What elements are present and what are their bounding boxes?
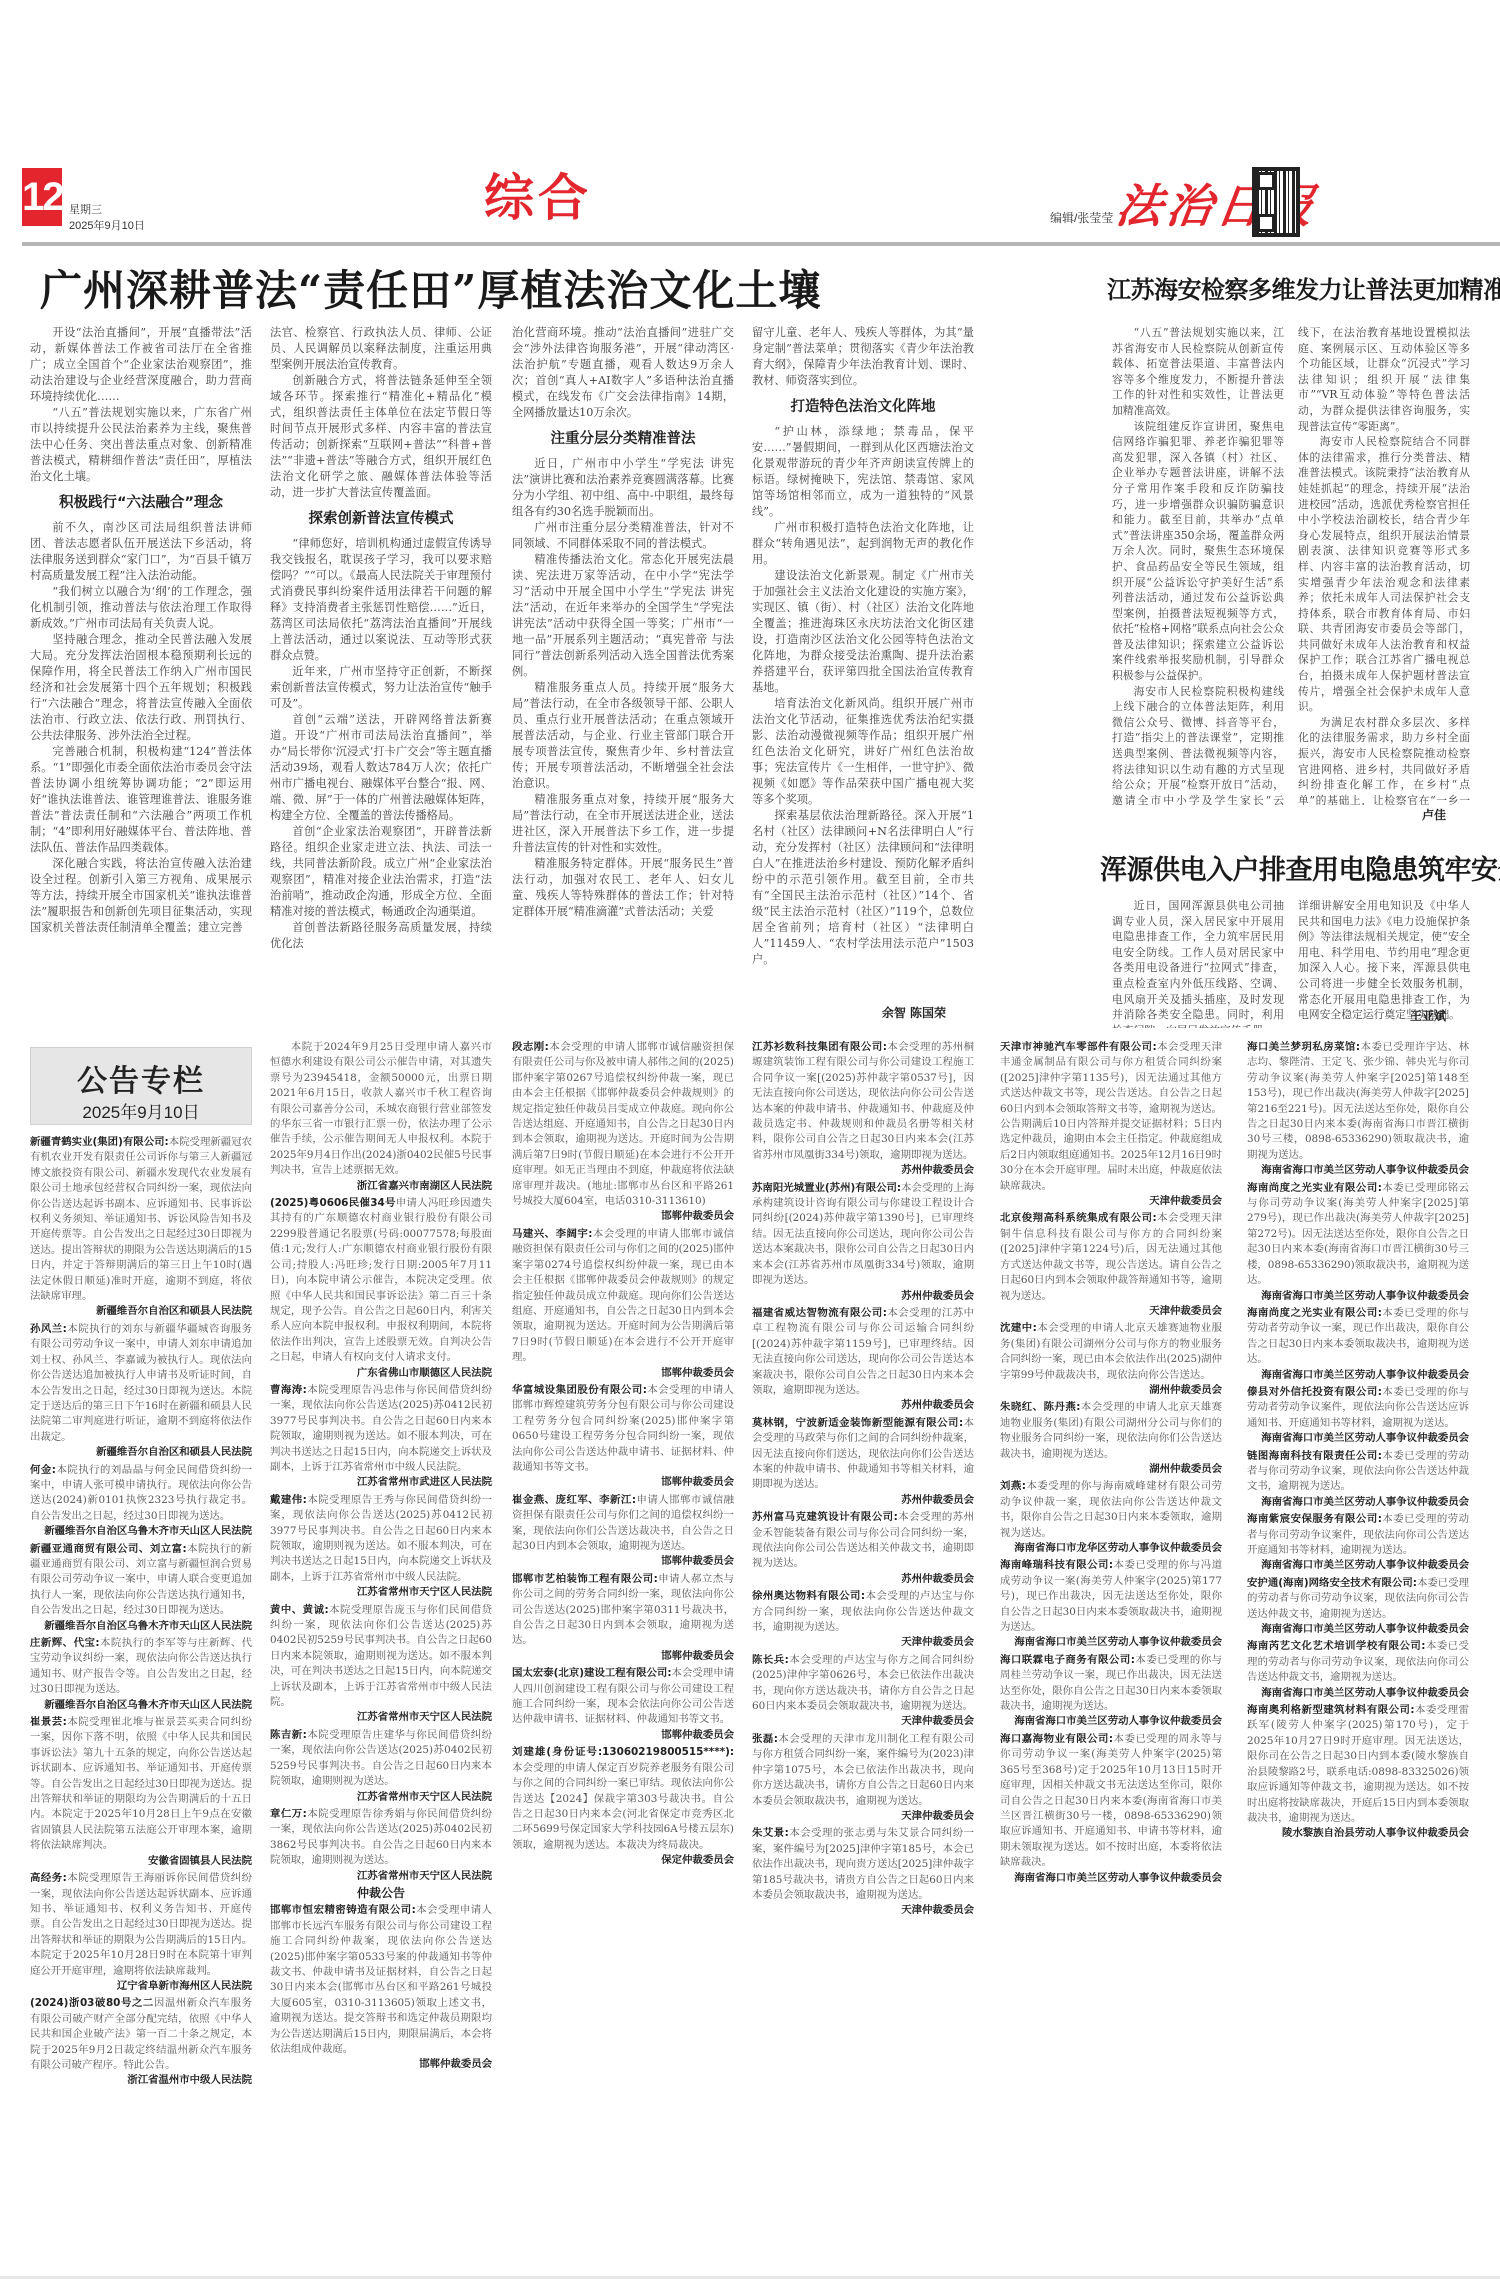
notice-item: 戴建伟:本院受理原告王秀与你民间借贷纠纷一案，现依法向你公告送达(2025)苏0… [270,1493,492,1601]
notice-item: 北京俊翔高科系统集成有限公司:本会受理天津铜牛信息科技有限公司与你方的合同纠纷案… [1000,1211,1222,1319]
notice-body: 本院受理原告王秀与你民间借贷纠纷一案，现依法向你公告送达(2025)苏0412民… [270,1494,492,1583]
notice-issuer: 邯郸仲裁委员会 [270,2057,492,2072]
notice-recipient: 海南奥利格新型建筑材料有限公司: [1247,1704,1415,1716]
article-paragraph: 首创“云端”送法，开辟网络普法新赛道。开设“广州市司法局法治直播间”，举办“局长… [270,712,492,824]
notice-issuer: 江苏省常州市天宁区人民法院 [270,1585,492,1600]
article-paragraph: 治化营商环境。推动“法治直播间”进驻广交会“涉外法律咨询服务港”，开展“律动湾区… [512,325,734,421]
notice-issuer: 江苏省常州市武进区人民法院 [270,1475,492,1490]
notice-issuer: 邯郸仲裁委员会 [512,1649,734,1664]
notice-item: 高经务:本院受理原告王海丽诉你民间借贷纠纷一案，现依法向你公告送达起诉状副本、应… [30,1871,252,1994]
notice-body: 本院受理原告庞玉与你们民间借贷纠纷一案，现依法向你们公告送达(2025)苏040… [270,1604,492,1708]
article-paragraph: 详细讲解安全用电知识及《中华人民共和国电力法》《电力设施保护条例》等法律法规相关… [1298,898,1470,1023]
notice-item: 傣县对外信托投资有限公司:本委已受理的你与劳动者劳动争议案件，现依法向你公告送达… [1247,1385,1469,1447]
notice-issuer: 天津仲裁委员会 [752,1903,974,1918]
notice-issuer: 海南省海口市美兰区劳动人事争议仲裁委员会 [1247,1163,1469,1178]
article-paragraph: 坚持融合理念，推动全民普法融入发展大局。充分发挥法治固根本稳预期利长远的保障作用… [30,632,252,744]
notice-item: 章仁万:本院受理原告徐秀娟与你民间借贷纠纷一案，现依法向你公告送达(2025)苏… [270,1807,492,1884]
notice-item: 海南峰瑞科技有限公司:本委已受理的你与冯道成劳动争议一案(海美劳人仲案字(202… [1000,1558,1222,1650]
article-paragraph: 海安市人民检察院结合不同群体的法律需求，推行分类普法、精准普法模式。该院秉持“法… [1298,434,1470,715]
notice-issuer: 苏州仲裁委员会 [752,1163,974,1178]
notice-item: 黄中、黄诚:本院受理原告庞玉与你们民间借贷纠纷一案，现依法向你们公告送达(202… [270,1603,492,1726]
notice-body: 本委已受理许宇达、林志均、黎陛清、王定飞、张少锦、韩央光与你司劳动争议案(海美劳… [1247,1041,1469,1161]
article-paragraph: 近日，广州市中小学生“学宪法 讲宪法”演讲比赛和法治素养竞赛圆满落幕。比赛分为小… [512,456,734,520]
notice-issuer: 海南省海口市美兰区劳动人事争议仲裁委员会 [1000,1871,1222,1886]
article-paragraph: “八五”普法规划实施以来，广东省广州市以持续提升公民法治素养为主线，聚焦普法中心… [30,405,252,485]
notice-issuer: 广东省佛山市顺德区人民法院 [270,1366,492,1381]
article-paragraph: 近年来，广州市坚持守正创新，不断探索创新普法宣传模式，努力让法治宣传“触手可及”… [270,664,492,712]
notice-issuer: 邯郸仲裁委员会 [512,1475,734,1490]
notice-body: 本会受理的江苏中卓工程物流有限公司与你公司运输合同纠纷[(2024)苏仲裁字第1… [752,1307,974,1396]
article-paragraph: “护山林，添绿地；禁毒品，保平安……”暑假期间，一群到从化区西塘法治文化景观带游… [752,424,974,520]
notice-recipient: 海南芮艺文化艺术培训学校有限公司: [1247,1640,1425,1652]
notice-item: 刘建雄(身份证号:13060219800515****):本会受理的申请人保定百… [512,1745,734,1868]
notice-issuer: 新疆维吾尔自治区和硕县人民法院 [30,1304,252,1319]
notice-item: 新疆青鹤实业(集团)有限公司:本院受理新疆冠农有机农业开发有限责任公司诉你与第三… [30,1135,252,1320]
side-article-2-headline: 浑源供电入户排查用电隐患筑牢安全防线 [1100,848,1500,887]
side-article-2-byline: 王亚斌 [1298,1007,1470,1024]
side-article-1-column-1: “八五”普法规划实施以来，江苏省海安市人民检察院从创新宣传载体、拓宽普法渠道、丰… [1112,325,1284,805]
notice-item: 海南尚度之光实业有限公司:本委已受理邱铭云与你司劳动争议案(海美劳人仲案字[20… [1247,1181,1469,1304]
notice-section-title: 公告专栏 [31,1056,251,1100]
article-paragraph: 精准服务特定群体。开展“服务民生”普法行动，加强对农民工、老年人、妇女儿童、残疾… [512,856,734,920]
notice-issuer: 海南省海口市美兰区劳动人事争议仲裁委员会 [1247,1289,1469,1304]
notice-body: 本会受理的天津市龙川制化工程有限公司与你方租赁合同纠纷一案，案件编号为(2023… [752,1733,974,1807]
notice-item: 崔景芸:本院受理崔北堆与崔景芸买卖合同纠纷一案，因你下落不明，依照《中华人民共和… [30,1715,252,1869]
editor-credit: 编辑/张莹莹 [1050,209,1113,226]
notice-column-2: 本院于2024年9月25日受理申请人嘉兴市恒德水利建设有限公司公示催告申请，对其… [270,1040,492,2270]
notice-recipient: 陈长兵: [752,1654,789,1666]
notice-body: 本会受理申请人邯郸市长远汽车服务有限公司与你公司建设工程施工合同纠纷仲裁案，现依… [270,1904,492,2055]
notice-recipient: 北京俊翔高科系统集成有限公司: [1000,1212,1157,1224]
notice-item: 苏南阳光城置业(苏州)有限公司:本会受理的上海承构建筑设计咨询有限公司与你建设工… [752,1181,974,1304]
side-article-1-headline: 江苏海安检察多维发力让普法更加精准高效 [1107,270,1500,305]
notice-body: 申请人冯旺珍因遗失其持有的广东顺德农村商业银行股份有限公司2299股普通记名股票… [270,1197,492,1363]
notice-item: 海南芮艺文化艺术培训学校有限公司:本委已受理的劳动者与你司劳动争议案，现依法向你… [1247,1639,1469,1701]
article-paragraph: 开设“法治直播间”，开展“直播带法”活动，新媒体普法工作被省司法厅在全省推广；成… [30,325,252,405]
weekday-label: 星期三 [69,201,102,217]
notice-recipient: 张磊: [752,1733,778,1745]
notice-recipient: 马建兴、李阔宇: [512,1228,592,1240]
notice-recipient: 戴建伟: [270,1494,307,1506]
article-paragraph: 创新融合方式，将普法链条延伸至全领域各环节。探索推行“精准化+精品化”模式，组织… [270,373,492,501]
notice-recipient: 海口嘉海物业有限公司: [1000,1733,1113,1745]
notice-recipient: 陈吉新: [270,1729,307,1741]
notice-body: 本会受理的申请人保定百岁院养老服务有限公司与你之间的合同纠纷一案已审结。现依法向… [512,1762,734,1851]
notice-body: 本会受理天津铜牛信息科技有限公司与你方的合同纠纷案([2025]津仲字第1224… [1000,1212,1222,1301]
notice-issuer: 新疆维吾尔自治区乌鲁木齐市天山区人民法院 [30,1619,252,1634]
notice-issuer: 保定仲裁委员会 [512,1853,734,1868]
article-paragraph: 近日，国网浑源县供电公司抽调专业人员，深入居民家中开展用电隐患排查工作，全力筑牢… [1112,898,1284,1028]
notice-issuer: 江苏省常州市天宁区人民法院 [270,1790,492,1805]
notice-body: 本院受理原告王海丽诉你民间借贷纠纷一案，现依法向你公告送达起诉状副本、应诉通知书… [30,1872,252,1976]
notice-column-5: 天津市神驰汽车零部件有限公司:本会受理天津丰通金属制品有限公司与你方租赁合同纠纷… [1000,1040,1222,2270]
notice-recipient: 新疆青鹤实业(集团)有限公司: [30,1136,169,1148]
notice-recipient: 邯郸市艺柏装饰工程有限公司: [512,1573,658,1585]
article-paragraph: 海安市人民检察院积极构建线上线下融合的立体普法矩阵，利用微信公众号、微博、抖音等… [1112,684,1284,805]
notice-recipient: 孙风兰: [30,1323,67,1335]
notice-recipient: 新疆亚通商贸有限公司、刘立富: [30,1543,187,1555]
notice-item: 崔金燕、庞红军、李新江:申请人邯郸市诚信融资担保有限责任公司与你们之间的追偿权纠… [512,1493,734,1570]
notice-item: 庄新辉、代宝:本院执行的李军等与庄新辉、代宝劳动争议纠纷一案，现依法向你公告送达… [30,1636,252,1713]
notice-recipient: 海口联霖电子商务有限公司: [1000,1654,1135,1666]
notice-issuer: 邯郸仲裁委员会 [512,1554,734,1569]
notice-column-3: 段志刚:本会受理的申请人邯郸市诚信融资担保有限责任公司与你及被申请人郝伟之间的(… [512,1040,734,2270]
section-title: 综合 [484,168,592,228]
notice-issuer: 海南省海口市美兰区劳动人事争议仲裁委员会 [1000,1714,1222,1729]
main-article-column-3: 治化营商环境。推动“法治直播间”进驻广交会“涉外法律咨询服务港”，开展“律动湾区… [512,325,734,1025]
notice-issuer: 安徽省固镇县人民法院 [30,1854,252,1869]
notice-recipient: 天津市神驰汽车零部件有限公司: [1000,1041,1157,1053]
qr-code-icon [1252,167,1300,237]
notice-item: 陈长兵:本会受理的卢达宝与你方之间合同纠纷(2025)津仲字第0626号，本会已… [752,1653,974,1730]
article-paragraph: 精准传播法治文化。常态化开展宪法晨读、宪法进万家等活动，在中小学“宪法学习”活动… [512,552,734,680]
notice-issuer: 邯郸仲裁委员会 [512,1209,734,1224]
notice-item: 苏州富马克建筑设计有限公司:本会受理的苏州金禾智能装备有限公司与你公司合同纠纷一… [752,1510,974,1587]
notice-body: 本会受理的申请人邯郸市诚信融资担保有限责任公司与你及被申请人郝伟之间的(2025… [512,1041,734,1207]
article-paragraph: “律师您好，培训机构通过虚假宣传诱导我交钱报名，耽误孩子学习，我可以要求赔偿吗？… [270,536,492,664]
notice-recipient: 黄中、黄诚: [270,1604,329,1616]
notice-body: 本院执行的刘晶晶与何金民间借贷纠纷一案中，申请人张可模申请执行。现依法向你公告送… [30,1464,252,1522]
notice-item: 本院于2024年9月25日受理申请人嘉兴市恒德水利建设有限公司公示催告申请，对其… [270,1040,492,1194]
notice-recipient: 朱艾景: [752,1827,789,1839]
notice-recipient: 江苏衫数科技集团有限公司: [752,1041,887,1053]
masthead-divider [22,242,1500,246]
notice-item: 华富城设集团股份有限公司:本会受理的申请人邯郸市辉煌建筑劳务分包有限公司与你公司… [512,1383,734,1491]
notice-issuer: 苏州仲裁委员会 [752,1398,974,1413]
notice-recipient: 刘燕: [1000,1480,1026,1492]
article-paragraph: 广州市注重分层分类精准普法，针对不同领域、不同群体采取不同的普法模式。 [512,520,734,552]
notice-item: 海口嘉海物业有限公司:本委已受理的周永等与你司劳动争议一案(海美劳人仲案字(20… [1000,1732,1222,1886]
notice-column-4: 江苏衫数科技集团有限公司:本会受理的苏州桐塬建筑装饰工程有限公司与你公司建设工程… [752,1040,974,2270]
notice-recipient: 庄新辉、代宝: [30,1637,100,1649]
notice-item: (2025)粤0606民催34号申请人冯旺珍因遗失其持有的广东顺德农村商业银行股… [270,1196,492,1381]
notice-issuer: 天津仲裁委员会 [1000,1194,1222,1209]
notice-issuer: 陵水黎族自治县劳动人事争议仲裁委员会 [1247,1826,1469,1841]
article-paragraph: 法官、检察官、行政执法人员、律师、公证员、人民调解员以案释法制度，注重运用典型案… [270,325,492,373]
article-paragraph: 为满足农村群众多层次、多样化的法律服务需求，助力乡村全面振兴，海安市人民检察院推… [1298,715,1470,805]
notice-recipient: 邯郸市恒宏精密铸造有限公司: [270,1904,416,1916]
notice-item: 段志刚:本会受理的申请人邯郸市诚信融资担保有限责任公司与你及被申请人郝伟之间的(… [512,1040,734,1225]
notice-recipient: 朱晓红、陈丹燕: [1000,1401,1080,1413]
main-article-column-4: 留守儿童、老年人、残疾人等群体，为其“量身定制”普法菜单；贯彻落实《青少年法治教… [752,325,974,1025]
notice-item: 陈吉新:本院受理原告庄建华与你民间借贷纠纷一案，现依法向你公告送达(2025)苏… [270,1728,492,1805]
article-paragraph: 广州市积极打造特色法治文化阵地，让群众“转角遇见法”，起到润物无声的教化作用。 [752,520,974,568]
main-article-headline: 广州深耕普法“责任田”厚植法治文化土壤 [40,258,821,318]
notice-issuer: 苏州仲裁委员会 [752,1572,974,1587]
notice-issuer: 邯郸仲裁委员会 [512,1728,734,1743]
notice-item: 安护通(海南)网络安全技术有限公司:本委已受理的劳动者与你司劳动争议案，现依法向… [1247,1576,1469,1638]
notice-body: 本院受理原告冯忠伟与你民间借贷纠纷一案，现依法向你公告送达(2025)苏0412… [270,1384,492,1473]
notice-recipient: (2025)粤0606民催34号 [270,1197,396,1209]
notice-recipient: 段志刚: [512,1041,549,1053]
article-paragraph: 该院组建反诈宣讲团，聚焦电信网络诈骗犯罪、养老诈骗犯罪等高发犯罪，深入各镇（村）… [1112,419,1284,684]
main-article-column-2: 法官、检察官、行政执法人员、律师、公证员、人民调解员以案释法制度，注重运用典型案… [270,325,492,1025]
publication-date: 2025年9月10日 [69,217,145,233]
notice-item: 莫林钢，宁波新适金装饰新型能源有限公司:本会受理的马政荣与你们之间的合同纠纷仲裁… [752,1416,974,1508]
notice-recipient: 苏南阳光城置业(苏州)有限公司: [752,1182,901,1194]
article-subheading: 注重分层分类精准普法 [512,429,734,449]
notice-issuer: 海南省海口市美兰区劳动人事争议仲裁委员会 [1247,1495,1469,1510]
notice-item: 福建省威达智物流有限公司:本会受理的江苏中卓工程物流有限公司与你公司运输合同纠纷… [752,1306,974,1414]
newspaper-page: 12 星期三 2025年9月10日 综合 编辑/张莹莹 法治日报 广州深耕普法“… [0,0,1500,2279]
notice-issuer: 天津仲裁委员会 [752,1809,974,1824]
article-paragraph: 精准服务重点对象，持续开展“服务大局”普法行动，在全市开展送法进企业，送法进社区… [512,792,734,856]
notice-issuer: 湖州仲裁委员会 [1000,1462,1222,1477]
article-paragraph: 深化融合实践，将法治宣传融入法治建设全过程。创新引入第三方视角、成果展示等方法，… [30,856,252,936]
notice-recipient: 海南峰瑞科技有限公司: [1000,1559,1113,1571]
notice-recipient: 崔金燕、庞红军、李新江: [512,1494,636,1506]
notice-recipient: 福建省威达智物流有限公司: [752,1307,887,1319]
notice-item: 马建兴、李阔宇:本会受理的申请人邯郸市诚信融资担保有限责任公司与你们之间的(20… [512,1227,734,1381]
notice-item: 曹海涛:本院受理原告冯忠伟与你民间借贷纠纷一案，现依法向你公告送达(2025)苏… [270,1383,492,1491]
notice-issuer: 江苏省常州市天宁区人民法院 [270,1710,492,1725]
notice-issuer: 浙江省嘉兴市南湖区人民法院 [270,1179,492,1194]
notice-recipient: 刘建雄(身份证号:13060219800515****): [512,1746,734,1758]
notice-recipient: 华富城设集团股份有限公司: [512,1384,647,1396]
notice-item: 邯郸市恒宏精密铸造有限公司:本会受理申请人邯郸市长远汽车服务有限公司与你公司建设… [270,1903,492,2072]
notice-body: 本会受理的上海承构建筑设计咨询有限公司与你建设工程设计合同纠纷[(2024)苏仲… [752,1182,974,1286]
notice-item: 海南奥利格新型建筑材料有限公司:本委受理雷跃军(陵劳人仲案字(2025)第170… [1247,1703,1469,1842]
notice-issuer: 海南省海口市美兰区劳动人事争议仲裁委员会 [1247,1686,1469,1701]
notice-item: 徐州奥达物料有限公司:本会受理的卢达宝与你方合同纠纷一案，现依法向你公告送达仲裁… [752,1589,974,1651]
article-paragraph: 线下，在法治教育基地设置模拟法庭、案例展示区、互动体验区等多个功能区域，让群众“… [1298,325,1470,434]
article-paragraph: 建设法治文化新景观。制定《广州市关于加强社会主义法治文化建设的实施方案》，实现区… [752,568,974,696]
page-number-badge: 12 [22,168,62,226]
notice-body: 本院受理新疆冠农有机农业开发有限责任公司诉你与第三人新疆冠博文旅投资有限公司、新… [30,1136,252,1302]
notice-item: 朱晓红、陈丹燕:本会受理的申请人北京天雄赛迪物业服务(集团)有限公司湖州分公司与… [1000,1400,1222,1477]
notice-item: 朱艾景:本会受理的张志勇与朱艾景合同纠纷一案，案件编号为[2025]津仲字第18… [752,1826,974,1918]
notice-issuer: 海南省海口市美兰区劳动人事争议仲裁委员会 [1247,1368,1469,1383]
article-paragraph: 首创“企业家法治观察团”，开辟普法新路径。组织企业家走进立法、执法、司法一线，共… [270,824,492,920]
article-paragraph: 前不久，南沙区司法局组织普法讲师团、普法志愿者队伍开展送法下乡活动，将法律服务送… [30,520,252,584]
article-paragraph: 精准服务重点人员。持续开展“服务大局”普法行动，在全市各级领导干部、公职人员、重… [512,680,734,792]
notice-recipient: 徐州奥达物料有限公司: [752,1590,865,1602]
notice-section-date: 2025年9月10日 [31,1098,251,1123]
notice-body: 本院执行的刘东与新疆华疆城咨询服务有限公司劳动争议一案中，申请人刘东申请追加刘士… [30,1323,252,1443]
article-paragraph: 首创普法新路径服务高质量发展，持续优化法 [270,920,492,952]
notice-recipient: 沈建中: [1000,1322,1037,1334]
main-article-column-1: 开设“法治直播间”，开展“直播带法”活动，新媒体普法工作被省司法厅在全省推广；成… [30,325,252,1025]
notice-item: 天津市神驰汽车零部件有限公司:本会受理天津丰通金属制品有限公司与你方租赁合同纠纷… [1000,1040,1222,1209]
article-paragraph: “八五”普法规划实施以来，江苏省海安市人民检察院从创新宣传载体、拓宽普法渠道、丰… [1112,325,1284,419]
notice-column-1: 新疆青鹤实业(集团)有限公司:本院受理新疆冠农有机农业开发有限责任公司诉你与第三… [30,1135,252,2270]
notice-item: 仲裁公告 [270,1886,492,1901]
notice-body: 本会受理天津丰通金属制品有限公司与你方租赁合同纠纷案([2025]津仲字第113… [1000,1041,1222,1192]
notice-issuer: 江苏省常州市天宁区人民法院 [270,1869,492,1884]
notice-recipient: 莫林钢，宁波新适金装饰新型能源有限公司: [752,1417,963,1429]
notice-item: 刘燕:本委受理的你与海南威峰建材有限公司劳动争议仲裁一案，现依法向你公告送达仲裁… [1000,1479,1222,1556]
notice-body: 本会受理的苏州桐塬建筑装饰工程有限公司与你公司建设工程施工合同争议一案[(202… [752,1041,974,1161]
notice-issuer: 海南省海口市美兰区劳动人事争议仲裁委员会 [1247,1431,1469,1446]
notice-recipient: 海口美兰梦玥私房菜馆: [1247,1041,1360,1053]
notice-item: 链图海南科技有限责任公司:本委已受理的劳动者与你司劳动争议案，现依法向你公告送达… [1247,1449,1469,1511]
notice-item: 江苏衫数科技集团有限公司:本会受理的苏州桐塬建筑装饰工程有限公司与你公司建设工程… [752,1040,974,1179]
notice-body: 本院于2024年9月25日受理申请人嘉兴市恒德水利建设有限公司公示催告申请，对其… [270,1041,492,1176]
notice-recipient: 何金: [30,1464,56,1476]
notice-body: 本委受理的你与海南威峰建材有限公司劳动争议仲裁一案，现依法向你公告送达仲裁文书，… [1000,1480,1222,1538]
notice-issuer: 海南省海口市美兰区劳动人事争议仲裁委员会 [1247,1622,1469,1637]
notice-issuer: 浙江省温州市中级人民法院 [30,2073,252,2088]
notice-item: (2024)浙03破80号之二因温州新众汽车服务有限公司破产财产全部分配完结，依… [30,1996,252,2088]
notice-item: 沈建中:本会受理的申请人北京天雄赛迪物业服务(集团)有限公司湖州分公司与你方的物… [1000,1321,1222,1398]
notice-item: 海南紫宸安保服务有限公司:本委已受理的劳动者与你司劳动争议案件，现依法向你司公告… [1247,1512,1469,1574]
article-paragraph: 完善融合机制，积极构建“124”普法体系。“1”即强化市委全面依法治市委员会守法… [30,744,252,856]
notice-recipient: 链图海南科技有限责任公司: [1247,1450,1382,1462]
article-subheading: 打造特色法治文化阵地 [752,397,974,417]
notice-body: 本会受理的申请人邯郸市诚信融资担保有限责任公司与你们之间的(2025)邯仲案字第… [512,1228,734,1363]
article-subheading: 积极践行“六法融合”理念 [30,493,252,513]
notice-issuer: 天津仲裁委员会 [752,1635,974,1650]
notice-item: 邯郸市艺柏装饰工程有限公司:申请人郝立杰与你公司之间的劳务合同纠纷一案，现依法向… [512,1572,734,1664]
notice-issuer: 辽宁省阜新市海州区人民法院 [30,1979,252,1994]
notice-body: 本委已受理邱铭云与你司劳动争议案(海美劳人仲案字[2025]第279号)，现已作… [1247,1182,1469,1286]
notice-item: 国太宏泰(北京)建设工程有限公司:本会受理申请人四川创润建设工程有限公司与你公司… [512,1666,734,1743]
notice-recipient: 海南紫宸安保服务有限公司: [1247,1513,1382,1525]
notice-recipient: 苏州富马克建筑设计有限公司: [752,1511,898,1523]
masthead: 12 星期三 2025年9月10日 综合 编辑/张莹莹 法治日报 [22,165,1500,245]
notice-body: 本院受理崔北堆与崔景芸买卖合同纠纷一案，因你下落不明，依照《中华人民共和国民事诉… [30,1716,252,1851]
notice-issuer: 新疆维吾尔自治区和硕县人民法院 [30,1445,252,1460]
notice-issuer: 海南省海口市龙华区劳动人事争议仲裁委员会 [1000,1541,1222,1556]
notice-recipient: 安护通(海南)网络安全技术有限公司: [1247,1577,1417,1589]
notice-recipient: 章仁万: [270,1808,307,1820]
article-subheading: 探索创新普法宣传模式 [270,509,492,529]
notice-section-header: 公告专栏 2025年9月10日 [30,1047,252,1125]
article-paragraph: 探索基层依法治理新路径。深入开展“1名村（社区）法律顾问+N名法律明白人”行动，… [752,808,974,968]
notice-item: 海南尚度之光实业有限公司:本委已受理的你与劳动者劳动争议一案，现已作出裁决，限你… [1247,1306,1469,1383]
notice-issuer: 天津仲裁委员会 [752,1714,974,1729]
notice-recipient: 傣县对外信托投资有限公司: [1247,1386,1382,1398]
article-paragraph: “我们树立以融合为‘纲’的工作理念，强化机制引领，推动普法与依法治理工作取得新成… [30,584,252,632]
notice-issuer: 海南省海口市美兰区劳动人事争议仲裁委员会 [1247,1558,1469,1573]
notice-recipient: 海南尚度之光实业有限公司: [1247,1307,1382,1319]
notice-issuer: 苏州仲裁委员会 [752,1289,974,1304]
notice-recipient: (2024)浙03破80号之二 [30,1997,154,2009]
notice-issuer: 海南省海口市美兰区劳动人事争议仲裁委员会 [1000,1635,1222,1650]
notice-issuer: 苏州仲裁委员会 [752,1493,974,1508]
notice-body: 本委受理雷跃军(陵劳人仲案字(2025)第170号)，定于2025年10月27日… [1247,1704,1469,1824]
notice-recipient: 曹海涛: [270,1384,307,1396]
side-article-1-column-2: 线下，在法治教育基地设置模拟法庭、案例展示区、互动体验区等多个功能区域，让群众“… [1298,325,1470,805]
side-article-2-column-1: 近日，国网浑源县供电公司抽调专业人员，深入居民家中开展用电隐患排查工作，全力筑牢… [1112,898,1284,1028]
notice-recipient: 国太宏泰(北京)建设工程有限公司: [512,1667,672,1679]
side-article-1-byline: 卢佳 [1298,806,1470,823]
notice-issuer: 邯郸仲裁委员会 [512,1366,734,1381]
article-paragraph: 培育法治文化新风尚。组织开展广州市法治文化节活动，征集推选优秀法治纪实摄影、法治… [752,696,974,808]
notice-issuer: 湖州仲裁委员会 [1000,1383,1222,1398]
notice-item: 张磊:本会受理的天津市龙川制化工程有限公司与你方租赁合同纠纷一案，案件编号为(2… [752,1732,974,1824]
notice-item: 孙风兰:本院执行的刘东与新疆华疆城咨询服务有限公司劳动争议一案中，申请人刘东申请… [30,1322,252,1461]
notice-item: 海口联霖电子商务有限公司:本委已受理的你与周桂兰劳动争议一案，现已作出裁决，因无… [1000,1653,1222,1730]
notice-column-6: 海口美兰梦玥私房菜馆:本委已受理许宇达、林志均、黎陛清、王定飞、张少锦、韩央光与… [1247,1040,1469,2270]
notice-item: 新疆亚通商贸有限公司、刘立富:本院执行的新疆亚通商贸有限公司、刘立富与新疆恒润合… [30,1542,252,1634]
notice-item: 何金:本院执行的刘晶晶与何金民间借贷纠纷一案中，申请人张可模申请执行。现依法向你… [30,1463,252,1540]
article-paragraph: 留守儿童、老年人、残疾人等群体，为其“量身定制”普法菜单；贯彻落实《青少年法治教… [752,325,974,389]
notice-issuer: 新疆维吾尔自治区乌鲁木齐市天山区人民法院 [30,1698,252,1713]
notice-item: 海口美兰梦玥私房菜馆:本委已受理许宇达、林志均、黎陛清、王定飞、张少锦、韩央光与… [1247,1040,1469,1179]
notice-recipient: 海南尚度之光实业有限公司: [1247,1182,1382,1194]
notice-body: 本会受理的申请人邯郸市辉煌建筑劳务分包有限公司与你公司建设工程劳务分包合同纠纷案… [512,1384,734,1473]
notice-issuer: 新疆维吾尔自治区乌鲁木齐市天山区人民法院 [30,1524,252,1539]
notice-body: 本委已受理的周永等与你司劳动争议一案(海美劳人仲案字(2025)第365号至36… [1000,1733,1222,1868]
notice-recipient: 仲裁公告 [270,1886,492,1901]
notice-recipient: 高经务: [30,1872,67,1884]
notice-issuer: 天津仲裁委员会 [1000,1304,1222,1319]
notice-recipient: 崔景芸: [30,1716,67,1728]
main-article-byline: 余智 陈国荣 [752,1004,974,1021]
